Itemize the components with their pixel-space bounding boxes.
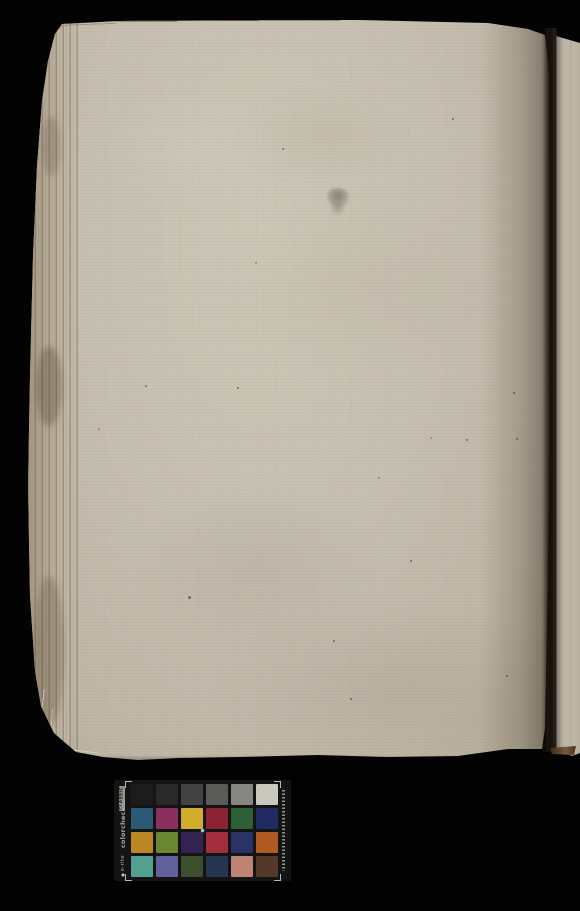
fore-edge-blotch bbox=[42, 116, 60, 176]
crop-mark-icon bbox=[125, 874, 132, 881]
color-patch bbox=[231, 832, 253, 853]
crop-mark-icon bbox=[274, 874, 281, 881]
fine-print-text bbox=[282, 790, 285, 871]
color-patch bbox=[131, 784, 153, 805]
paper-speck bbox=[237, 387, 239, 389]
gutter-shadow bbox=[480, 16, 550, 764]
color-patch bbox=[156, 856, 178, 877]
color-patch bbox=[181, 856, 203, 877]
color-patch bbox=[181, 808, 203, 829]
color-patch bbox=[206, 856, 228, 877]
paper-speck bbox=[333, 640, 335, 642]
color-patch bbox=[156, 784, 178, 805]
paper-speck bbox=[378, 477, 380, 479]
color-patch bbox=[156, 808, 178, 829]
book-gutter bbox=[542, 28, 558, 752]
color-patch bbox=[231, 784, 253, 805]
color-patch bbox=[181, 832, 203, 853]
color-patch bbox=[156, 832, 178, 853]
color-patch bbox=[206, 832, 228, 853]
paper-speck bbox=[98, 428, 100, 430]
color-patch bbox=[131, 832, 153, 853]
stain bbox=[329, 201, 347, 216]
paper-speck bbox=[506, 675, 508, 677]
color-patch bbox=[206, 808, 228, 829]
color-patch bbox=[231, 808, 253, 829]
colorchecker-chart: CLASSIC colorchecker x-rite bbox=[114, 780, 291, 881]
paper-speck bbox=[188, 596, 191, 599]
paper-speck bbox=[350, 698, 352, 700]
paper-speck bbox=[516, 438, 518, 440]
page-layer-edge bbox=[48, 709, 103, 758]
paper-speck bbox=[145, 385, 147, 387]
paper-speck bbox=[430, 437, 432, 439]
paper-speck bbox=[452, 118, 454, 120]
color-patch bbox=[206, 784, 228, 805]
fore-edge-blotch bbox=[36, 346, 62, 426]
crop-mark-icon bbox=[125, 781, 132, 788]
paper-speck bbox=[255, 262, 257, 264]
page-bottom-edge bbox=[58, 755, 546, 764]
right-page-edge bbox=[556, 34, 580, 756]
colorchecker-grid bbox=[131, 784, 278, 877]
paper-speck bbox=[282, 148, 284, 150]
colorchecker-label: colorchecker bbox=[119, 799, 127, 848]
xrite-brand-label: x-rite bbox=[120, 855, 126, 871]
color-patch bbox=[256, 832, 278, 853]
stain bbox=[238, 88, 408, 183]
paper-speck bbox=[410, 560, 412, 562]
color-patch bbox=[256, 808, 278, 829]
paper-speck bbox=[513, 392, 515, 394]
corner-crease bbox=[46, 23, 118, 54]
color-patch bbox=[181, 784, 203, 805]
paper-speck bbox=[466, 439, 468, 441]
color-patch bbox=[231, 856, 253, 877]
registration-dot bbox=[201, 829, 204, 832]
color-patch bbox=[131, 856, 153, 877]
scan-background: CLASSIC colorchecker x-rite bbox=[0, 0, 580, 911]
color-patch bbox=[131, 808, 153, 829]
crop-mark-icon bbox=[274, 781, 281, 788]
